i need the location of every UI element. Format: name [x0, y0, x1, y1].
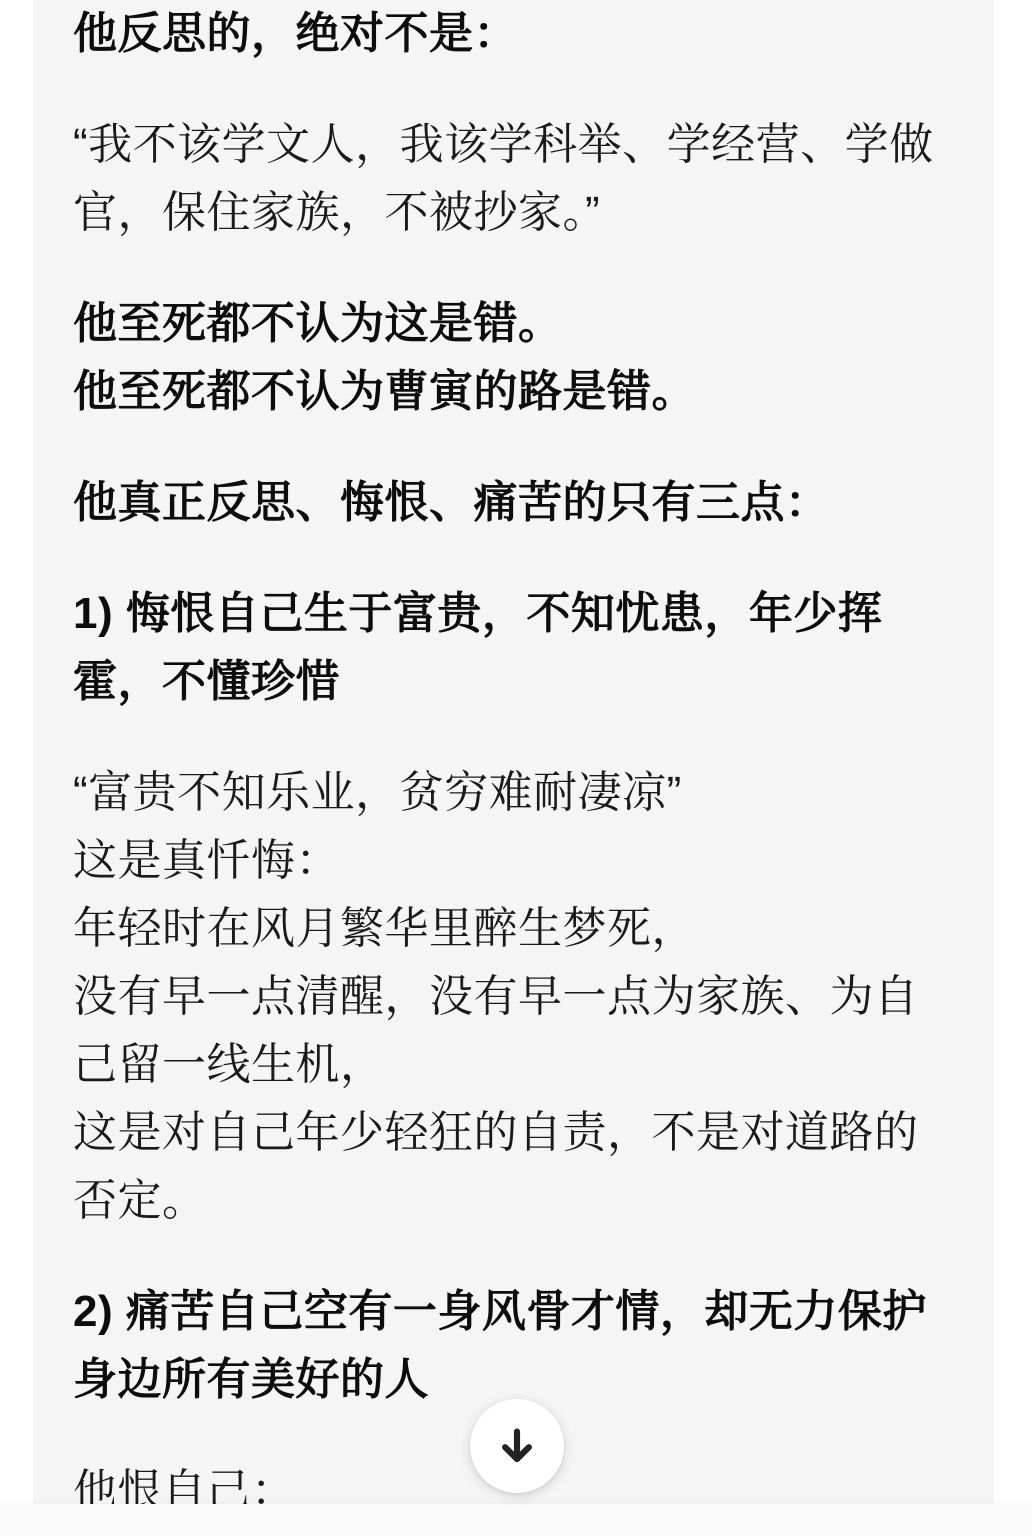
down-arrow-icon [494, 1423, 540, 1469]
page: { "colors": { "page_bg": "#ffffff", "bub… [0, 0, 1032, 1536]
paragraph-bold: 他反思的，绝对不是： [73, 0, 960, 68]
message-bubble: 他反思的，绝对不是：“我不该学文人，我该学科举、学经营、学做 官，保住家族，不被… [33, 0, 994, 1504]
paragraph-bold: 他真正反思、悔恨、痛苦的只有三点： [73, 469, 960, 537]
paragraph: “我不该学文人，我该学科举、学经营、学做 官，保住家族，不被抄家。” [73, 111, 960, 247]
paragraph-bold: 他至死都不认为这是错。 他至死都不认为曹寅的路是错。 [73, 290, 960, 426]
bottom-bar [0, 1504, 1032, 1536]
paragraph-bold: 1) 悔恨自己生于富贵，不知忧患，年少挥 霍，不懂珍惜 [73, 580, 960, 716]
paragraph-bold: 2) 痛苦自己空有一身风骨才情，却无力保护 身边所有美好的人 [73, 1278, 960, 1414]
paragraph: “富贵不知乐业，贫穷难耐凄凉” 这是真忏悔： 年轻时在风月繁华里醉生梦死， 没有… [73, 759, 960, 1235]
message-content: 他反思的，绝对不是：“我不该学文人，我该学科举、学经营、学做 官，保住家族，不被… [33, 0, 994, 1504]
scroll-to-bottom-button[interactable] [470, 1399, 564, 1493]
